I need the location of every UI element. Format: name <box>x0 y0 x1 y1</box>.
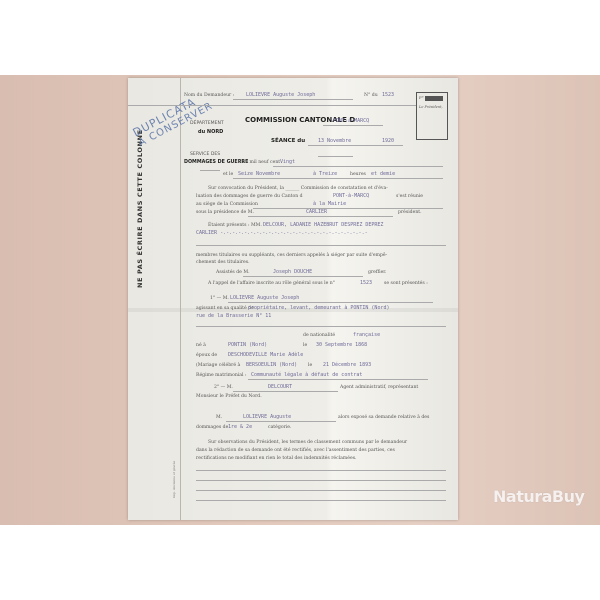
agent-label: Agent administratif, représentant <box>340 385 418 390</box>
rule <box>228 302 433 303</box>
ne-date-value: 30 Septembre 1868 <box>316 342 367 348</box>
ne-value: PONTIN (Nord) <box>228 342 267 348</box>
rule <box>196 470 446 471</box>
observations-text-3: rectifications ne modifiant en rien le t… <box>196 456 357 461</box>
rule <box>323 125 383 126</box>
day-value: Seize Novembre <box>238 171 280 177</box>
war-damage-commission-form: NE PAS ÉCRIRE DANS CETTE COLONNE Imp. An… <box>128 78 458 520</box>
rule <box>253 208 443 209</box>
rule <box>243 276 363 277</box>
mariage-date-value: 21 Décembre 1893 <box>323 362 371 368</box>
rule <box>248 379 428 380</box>
dommages-value: 1re & 2e <box>228 424 252 430</box>
box-number-label: F° <box>419 95 424 100</box>
ne-label: né à <box>196 343 206 348</box>
greffier-value: Joseph DOUCHE <box>273 269 312 275</box>
person1-label: 1° — M. <box>210 296 229 301</box>
members-text-2: chement des titulaires. <box>196 260 250 265</box>
categorie-label: catégorie. <box>268 425 291 430</box>
president-signature-box: F° Le Président, <box>416 92 448 140</box>
numero-label: N° du <box>364 93 378 98</box>
nom-value: LOLIEVRE Auguste Joseph <box>246 92 315 98</box>
siege-value: à la Mairie <box>313 201 346 207</box>
president-label: président. <box>398 210 422 215</box>
epoux-label: époux de <box>196 353 217 358</box>
rule <box>196 245 446 246</box>
rule <box>233 391 338 392</box>
qualite-value: propriétaire, levant, demeurant à PONTIN… <box>248 305 389 311</box>
members-text: membres titulaires ou suppléants, ces de… <box>196 253 387 258</box>
person2-label: 2° — M. <box>214 385 233 390</box>
convocation-text-3: s'est réunie <box>396 194 423 199</box>
rule <box>226 421 336 422</box>
presents-label: Étaient présents : MM. <box>208 223 262 228</box>
year-label: L'an mil neuf cent <box>238 160 280 165</box>
rule <box>308 145 403 146</box>
departement-value: du NORD <box>198 129 223 135</box>
hour-value: à Treize <box>313 171 337 177</box>
qualite-value-2: rue de la Brasserie N° 11 <box>196 313 271 319</box>
person2-value: DELCOURT <box>268 384 292 390</box>
rule <box>318 156 353 157</box>
qualite-label: agissant en sa qualité de <box>196 306 254 311</box>
epoux-value: DESCHODEVILLE Marie Adèle <box>228 352 303 358</box>
observations-text-2: dans la rédaction de sa demande ont été … <box>196 448 395 453</box>
mariage-date-label: le <box>308 363 312 368</box>
seance-year: 1920 <box>382 138 394 144</box>
seance-date: 13 Novembre <box>318 138 351 144</box>
regime-value: Communauté légale à défaut de contrat <box>251 372 362 378</box>
rule <box>196 326 446 327</box>
greffier-suffix: greffier. <box>368 270 386 275</box>
convocation-text: Sur convocation du Président, la ______ … <box>208 186 388 191</box>
day-label: et le <box>223 172 233 177</box>
hour-label: heures <box>350 172 366 177</box>
regime-label: Régime matrimonial : <box>196 373 247 378</box>
appel-number: 1523 <box>360 280 372 286</box>
box-number-redacted <box>425 96 443 101</box>
nationalite-label: de nationalité <box>303 333 335 338</box>
expose-value: LOLIEVRE Auguste <box>243 414 291 420</box>
appel-text: A l'appel de l'affaire inscrite au rôle … <box>208 281 335 286</box>
mariage-label: (Mariage célébré à <box>196 363 240 368</box>
year-value: Vingt <box>280 159 295 165</box>
minute-value: et demie <box>371 171 395 177</box>
dommages-label: dommages de <box>196 425 228 430</box>
rule <box>196 490 446 491</box>
expose-text: alors exposé sa demande relative à des <box>338 415 429 420</box>
service-label: SERVICE DES <box>190 152 220 157</box>
rule <box>273 166 443 167</box>
siege-label: au siège de la Commission <box>196 202 258 207</box>
rule <box>196 480 446 481</box>
rule <box>196 500 446 501</box>
rule <box>128 105 416 106</box>
observations-text: Sur observations du Président, les terme… <box>208 440 407 445</box>
rule <box>233 178 443 179</box>
canton-value: PONT-à-MARCQ <box>333 193 369 199</box>
presents-value: DELCOUR, LADANIE HAZEBRUT DESPREZ DEPREZ <box>263 222 383 228</box>
appel-text-2: se sont présentés : <box>384 281 428 286</box>
rule <box>233 99 353 100</box>
printer-note: Imp. Ancienne et gravée <box>172 461 176 498</box>
rule <box>248 216 393 217</box>
nationalite-value: française <box>353 332 380 338</box>
nom-label: Nom du Demandeur : <box>184 93 234 98</box>
seance-label: SÉANCE du <box>271 138 305 144</box>
greffier-label: Assistés de M. <box>216 270 250 275</box>
president-value: CARLIER <box>306 209 327 215</box>
commission-value: PONT-à-MARCQ <box>333 118 369 124</box>
rule <box>200 170 220 171</box>
box-caption: Le Président, <box>419 105 443 109</box>
prefet-label: Monsieur le Préfet du Nord. <box>196 394 262 399</box>
mariage-value: BERSOEULIN (Nord) <box>246 362 297 368</box>
convocation-text-2: luation des dommages de guerre du Canton… <box>196 194 303 199</box>
ne-date-label: le <box>303 343 307 348</box>
person1-value: LOLIEVRE Auguste Joseph <box>230 295 299 301</box>
naturabuy-watermark: NaturaBuy <box>493 487 584 506</box>
presidence-label: sous la présidence de M. <box>196 210 254 215</box>
departement-label: DÉPARTEMENT <box>190 121 224 126</box>
presents-value-2: CARLIER -.-.-.-.-.-.-.-.-.-.-.-.-.-.-.-.… <box>196 230 368 236</box>
margin-column-notice: NE PAS ÉCRIRE DANS CETTE COLONNE <box>136 129 144 288</box>
numero-value: 1523 <box>382 92 394 98</box>
expose-label: M. <box>216 415 222 420</box>
